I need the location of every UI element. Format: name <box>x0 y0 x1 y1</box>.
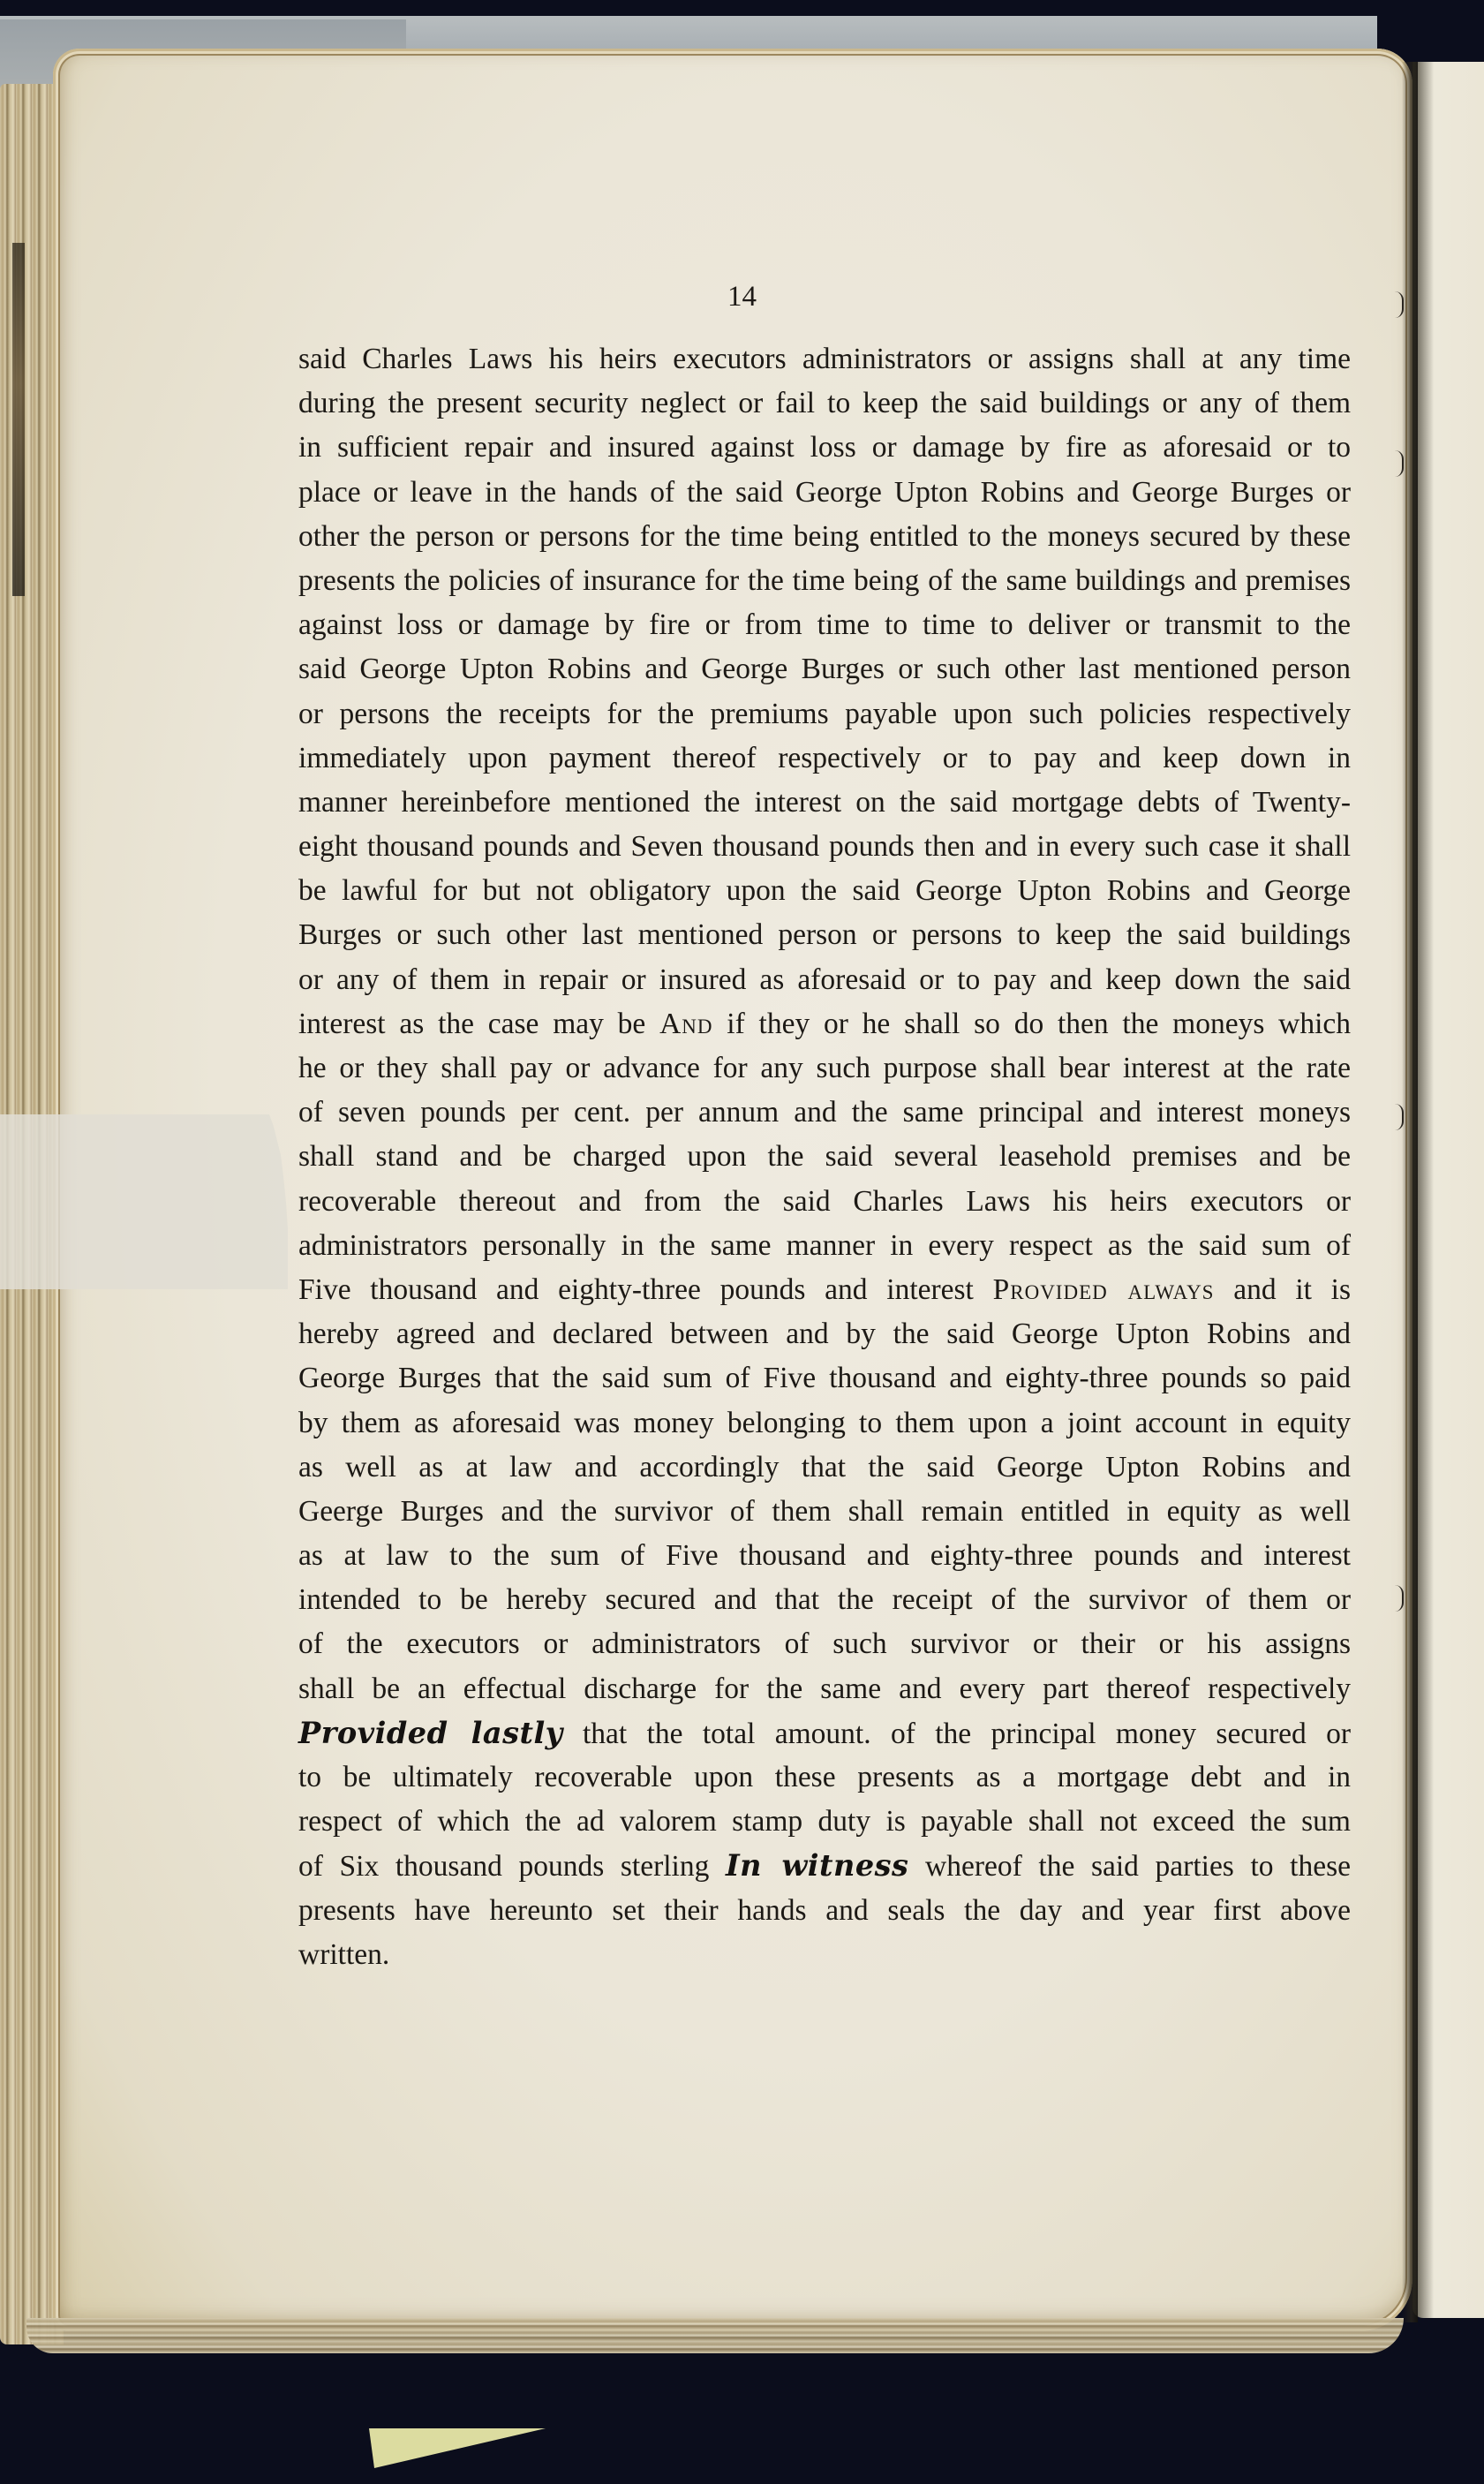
text-segment: Burges or such other last mentioned pers… <box>298 918 1351 951</box>
text-segment: he or they shall pay or advance for any … <box>298 1052 1351 1084</box>
paper-slip <box>369 2428 546 2468</box>
text-line: intended to be hereby secured and that t… <box>298 1578 1351 1622</box>
text-segment: intended to be hereby secured and that t… <box>298 1583 1351 1616</box>
text-segment: written. <box>298 1938 389 1971</box>
text-line: said George Upton Robins and George Burg… <box>298 647 1351 691</box>
text-line: interest as the case may be And if they … <box>298 1002 1351 1046</box>
text-line: he or they shall pay or advance for any … <box>298 1046 1351 1091</box>
page-number: 14 <box>0 281 1484 313</box>
next-page-edge <box>1412 62 1484 2318</box>
text-line: by them as aforesaid was money belonging… <box>298 1401 1351 1446</box>
text-segment: of the executors or administrators of su… <box>298 1627 1351 1660</box>
text-line: Five thousand and eighty-three pounds an… <box>298 1268 1351 1312</box>
text-line: hereby agreed and declared between and b… <box>298 1312 1351 1356</box>
text-line: against loss or damage by fire or from t… <box>298 603 1351 647</box>
text-segment: as at law to the sum of Five thousand an… <box>298 1539 1351 1572</box>
text-segment: or any of them in repair or insured as a… <box>298 963 1351 996</box>
text-segment: immediately upon payment thereof respect… <box>298 742 1351 774</box>
text-segment: shall stand and be charged upon the said… <box>298 1140 1351 1173</box>
text-segment: by them as aforesaid was money belonging… <box>298 1407 1351 1439</box>
text-segment: whereof the said parties to these <box>908 1850 1351 1883</box>
blackletter-phrase: In witness <box>726 1848 908 1883</box>
text-segment: said Charles Laws his heirs executors ad… <box>298 343 1351 375</box>
text-line: shall stand and be charged upon the said… <box>298 1135 1351 1179</box>
text-segment: other the person or persons for the time… <box>298 520 1351 553</box>
text-line: written. <box>298 1933 1351 1977</box>
text-segment: interest as the case may be <box>298 1008 659 1040</box>
text-segment: eight thousand pounds and Seven thousand… <box>298 830 1351 863</box>
text-line: respect of which the ad valorem stamp du… <box>298 1800 1351 1844</box>
text-line: of seven pounds per cent. per annum and … <box>298 1091 1351 1135</box>
text-line: administrators personally in the same ma… <box>298 1224 1351 1268</box>
text-line: to be ultimately recoverable upon these … <box>298 1755 1351 1800</box>
text-segment: and it is <box>1214 1273 1351 1306</box>
text-segment: of Six thousand pounds sterling <box>298 1850 726 1883</box>
text-line: place or leave in the hands of the said … <box>298 471 1351 515</box>
body-text: said Charles Laws his heirs executors ad… <box>298 337 1351 1977</box>
text-line: presents the policies of insurance for t… <box>298 559 1351 603</box>
text-line: George Burges that the said sum of Five … <box>298 1356 1351 1401</box>
text-segment: presents the policies of insurance for t… <box>298 564 1351 597</box>
text-segment: be lawful for but not obligatory upon th… <box>298 874 1351 907</box>
text-line: shall be an effectual discharge for the … <box>298 1667 1351 1711</box>
text-segment: shall be an effectual discharge for the … <box>298 1672 1351 1705</box>
text-line: or any of them in repair or insured as a… <box>298 958 1351 1002</box>
text-segment: of seven pounds per cent. per annum and … <box>298 1096 1351 1129</box>
text-segment: recoverable thereout and from the said C… <box>298 1185 1351 1218</box>
text-line: immediately upon payment thereof respect… <box>298 736 1351 781</box>
text-line: or persons the receipts for the premiums… <box>298 692 1351 736</box>
text-segment: administrators personally in the same ma… <box>298 1229 1351 1262</box>
text-line: other the person or persons for the time… <box>298 515 1351 559</box>
text-segment: if they or he shall so do then the money… <box>713 1008 1352 1040</box>
text-line: of the executors or administrators of su… <box>298 1622 1351 1666</box>
text-segment: respect of which the ad valorem stamp du… <box>298 1805 1351 1838</box>
text-line: during the present security neglect or f… <box>298 381 1351 426</box>
text-segment: that the total amount. of the principal … <box>563 1718 1351 1750</box>
text-segment: to be ultimately recoverable upon these … <box>298 1761 1351 1793</box>
text-line: presents have hereunto set their hands a… <box>298 1889 1351 1933</box>
text-line: as well as at law and accordingly that t… <box>298 1446 1351 1490</box>
text-line: of Six thousand pounds sterling In witne… <box>298 1844 1351 1888</box>
text-segment: Five thousand and eighty-three pounds an… <box>298 1273 993 1306</box>
spine-notch <box>1393 1104 1404 1130</box>
paper-repair-strip <box>0 1114 288 1289</box>
gutter-shadow <box>1402 62 1418 2322</box>
text-line: as at law to the sum of Five thousand an… <box>298 1534 1351 1578</box>
text-segment: place or leave in the hands of the said … <box>298 476 1351 509</box>
text-segment: against loss or damage by fire or from t… <box>298 608 1351 641</box>
text-line: manner hereinbefore mentioned the intere… <box>298 781 1351 825</box>
bottom-page-edges <box>26 2318 1404 2353</box>
text-line: eight thousand pounds and Seven thousand… <box>298 825 1351 869</box>
smallcaps-phrase: Provided always <box>993 1273 1215 1306</box>
text-segment: hereby agreed and declared between and b… <box>298 1318 1351 1350</box>
text-segment: presents have hereunto set their hands a… <box>298 1894 1351 1927</box>
text-segment: in sufficient repair and insured against… <box>298 431 1351 464</box>
text-line: be lawful for but not obligatory upon th… <box>298 869 1351 913</box>
text-segment: or persons the receipts for the premiums… <box>298 698 1351 730</box>
text-segment: George Burges that the said sum of Five … <box>298 1362 1351 1394</box>
text-segment: during the present security neglect or f… <box>298 387 1351 419</box>
spine-notch <box>1393 1585 1404 1612</box>
text-segment: said George Upton Robins and George Burg… <box>298 653 1351 685</box>
text-line: in sufficient repair and insured against… <box>298 426 1351 470</box>
text-segment: manner hereinbefore mentioned the intere… <box>298 786 1351 819</box>
blackletter-phrase: Provided lastly <box>298 1716 563 1750</box>
text-line: said Charles Laws his heirs executors ad… <box>298 337 1351 381</box>
text-line: recoverable thereout and from the said C… <box>298 1180 1351 1224</box>
text-segment: Geerge Burges and the survivor of them s… <box>298 1495 1351 1528</box>
spine-notch <box>1393 450 1404 477</box>
text-line: Burges or such other last mentioned pers… <box>298 913 1351 957</box>
text-segment: as well as at law and accordingly that t… <box>298 1451 1351 1484</box>
text-line: Provided lastly that the total amount. o… <box>298 1711 1351 1755</box>
smallcaps-phrase: And <box>659 1008 712 1040</box>
text-line: Geerge Burges and the survivor of them s… <box>298 1490 1351 1534</box>
